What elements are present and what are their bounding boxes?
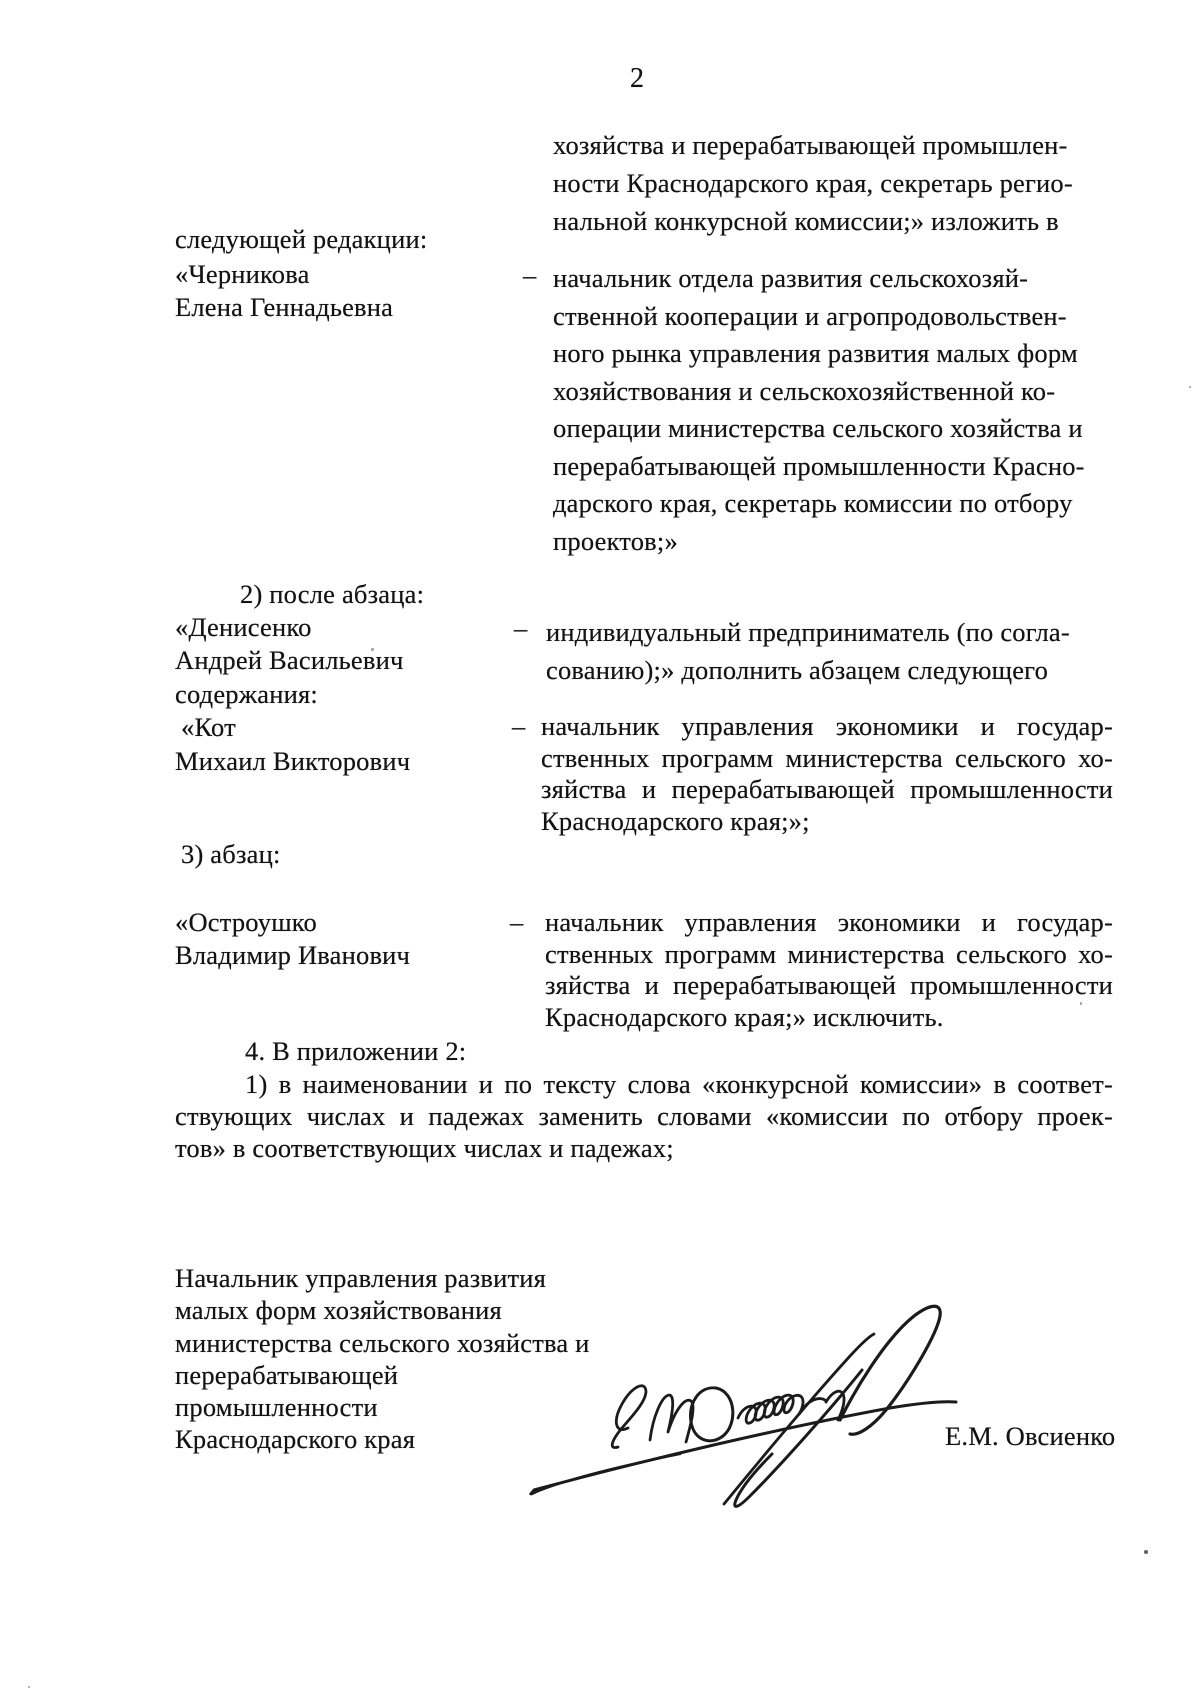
list-dash: –: [512, 711, 525, 742]
text-line: индивидуальный предприниматель (по согла…: [546, 613, 1113, 651]
signer-name: Е.М. Овсиенко: [945, 1421, 1115, 1452]
handwritten-signature: [510, 1300, 990, 1545]
text-line: 1) в наименовании и по тексту слова «кон…: [175, 1068, 1113, 1100]
entry-denisenko-description: индивидуальный предприниматель (по согла…: [546, 613, 1113, 689]
list-dash: –: [514, 613, 527, 644]
signature-stroke: [650, 1395, 693, 1442]
text-line: хозяйствования и сельскохозяйственной ко…: [553, 373, 1113, 411]
text-line: ственных программ министерства сельского…: [545, 939, 1113, 971]
text-line: ственной кооперации и агропродовольствен…: [553, 298, 1113, 336]
person-name-line: «Остроушко: [175, 906, 410, 939]
person-name-line: Елена Геннадьевна: [175, 291, 393, 324]
text-line: хозяйства и перерабатывающей промышлен-: [553, 126, 1113, 164]
page-number: 2: [630, 63, 644, 95]
clause3-label: 3) абзац:: [181, 839, 281, 870]
entry-kot-description: начальник управления экономики и государ…: [541, 711, 1113, 837]
signature-stroke: [612, 1386, 646, 1448]
clause2-label: 2) после абзаца:: [240, 579, 424, 610]
text-line: начальник отдела развития сельскохозяй-: [553, 260, 1113, 298]
entry-chernikova-description: начальник отдела развития сельскохозяй- …: [553, 260, 1113, 560]
text-line: зяйства и перерабатывающей промышленност…: [541, 774, 1113, 806]
signature-stroke: [531, 1454, 681, 1494]
signature-stroke: [735, 1370, 862, 1506]
document-page: { "page_number": "2", "dash_glyph": "–",…: [0, 0, 1200, 1697]
text-line: начальник управления экономики и государ…: [545, 907, 1113, 939]
person-name-line: «Денисенко: [175, 611, 410, 644]
scan-speck: [1144, 1550, 1148, 1554]
text-line: операции министерства сельского хозяйств…: [553, 410, 1113, 448]
entry-denisenko-kot-names: «Денисенко Андрей Васильевич содержания:…: [175, 611, 410, 778]
person-name-line: Владимир Иванович: [175, 939, 410, 972]
text-line: тов» в соответствующих числах и падежах;: [175, 1132, 1113, 1164]
person-name-line: Михаил Викторович: [175, 745, 410, 778]
entry-ostroushko-name: «Остроушко Владимир Иванович: [175, 906, 410, 971]
continuation-right-text: хозяйства и перерабатывающей промышлен- …: [553, 126, 1113, 240]
entry-ostroushko-description: начальник управления экономики и государ…: [545, 907, 1113, 1033]
text-line: перерабатывающей промышленности Красно-: [553, 448, 1113, 486]
clause4-label: 4. В приложении 2:: [245, 1036, 466, 1067]
scan-speck: [28, 1686, 30, 1688]
person-name-line: «Кот: [175, 711, 410, 744]
text-line: ности Краснодарского края, секретарь рег…: [553, 164, 1113, 202]
list-dash: –: [523, 260, 536, 291]
text-line: Краснодарского края;» исключить.: [545, 1002, 1113, 1034]
scan-speck: [1189, 386, 1191, 388]
text-line: Краснодарского края;»;: [541, 806, 1113, 838]
text-line: зяйства и перерабатывающей промышленност…: [545, 970, 1113, 1002]
soderzhaniya-label: содержания:: [175, 678, 410, 711]
person-name-line: «Черникова: [175, 258, 393, 291]
scan-speck: [371, 648, 374, 651]
text-line: сованию);» дополнить абзацем следующего: [546, 651, 1113, 689]
entry-chernikova-name: «Черникова Елена Геннадьевна: [175, 258, 393, 324]
text-line: ствующих числах и падежах заменить слова…: [175, 1100, 1113, 1132]
clause4-sub1-paragraph: 1) в наименовании и по тексту слова «кон…: [175, 1068, 1113, 1164]
continuation-left-text: следующей редакции:: [175, 224, 427, 255]
text-line: ного рынка управления развития малых фор…: [553, 335, 1113, 373]
text-line: проектов;»: [553, 523, 1113, 561]
list-dash: –: [510, 907, 523, 938]
signature-stroke: [691, 1388, 733, 1441]
text-line: нальной конкурсной комиссии;» изложить в: [553, 202, 1113, 240]
scan-speck: [1080, 1002, 1082, 1005]
text-line: дарского края, секретарь комиссии по отб…: [553, 485, 1113, 523]
person-name-line: Андрей Васильевич: [175, 644, 410, 677]
text-line: начальник управления экономики и государ…: [541, 711, 1113, 743]
position-line: Начальник управления развития: [175, 1262, 590, 1294]
text-line: ственных программ министерства сельского…: [541, 743, 1113, 775]
